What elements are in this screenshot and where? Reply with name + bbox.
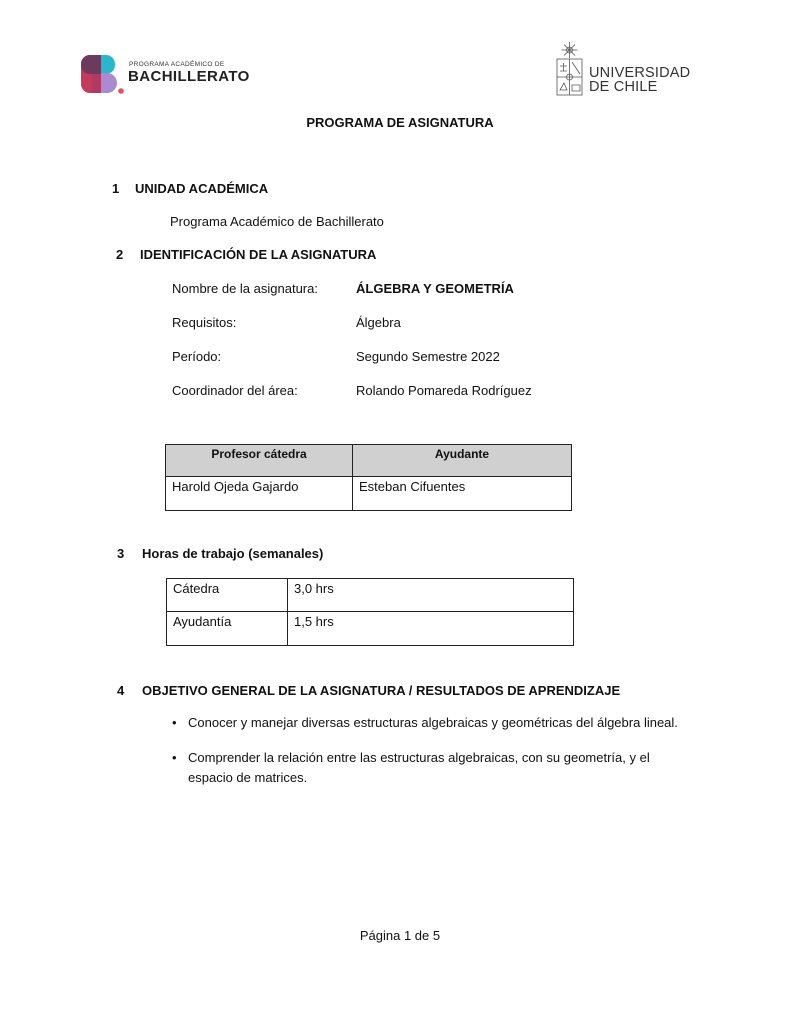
- section-4-number: 4: [117, 683, 124, 698]
- logo-title: BACHILLERATO: [128, 68, 250, 85]
- section-2-number: 2: [116, 247, 123, 262]
- section-4-title: OBJETIVO GENERAL DE LA ASIGNATURA / RESU…: [142, 683, 620, 698]
- table-row: Ayudantía 1,5 hrs: [167, 612, 574, 646]
- course-name-value: ÁLGEBRA Y GEOMETRÍA: [356, 281, 514, 296]
- bullet-icon: •: [172, 748, 177, 768]
- section-3-title: Horas de trabajo (semanales): [142, 546, 323, 561]
- hours-type: Ayudantía: [167, 612, 288, 646]
- course-name-label: Nombre de la asignatura:: [172, 281, 318, 296]
- hours-type: Cátedra: [167, 579, 288, 612]
- hours-value: 1,5 hrs: [288, 612, 574, 646]
- requirements-label: Requisitos:: [172, 315, 236, 330]
- bullet-icon: •: [172, 713, 177, 733]
- coordinator-value: Rolando Pomareda Rodríguez: [356, 383, 532, 398]
- university-name: UNIVERSIDAD DE CHILE: [589, 66, 690, 94]
- objective-text: Comprender la relación entre las estruct…: [188, 748, 678, 788]
- section-1-number: 1: [112, 181, 119, 196]
- document-title: PROGRAMA DE ASIGNATURA: [0, 115, 800, 130]
- university-name-line2: DE CHILE: [589, 80, 690, 94]
- staff-header-assistant: Ayudante: [353, 445, 572, 477]
- universidad-de-chile-logo: UNIVERSIDAD DE CHILE: [556, 42, 696, 98]
- table-row: Harold Ojeda Gajardo Esteban Cifuentes: [166, 477, 572, 511]
- table-row: Cátedra 3,0 hrs: [167, 579, 574, 612]
- assistant-name: Esteban Cifuentes: [353, 477, 572, 511]
- objective-text: Conocer y manejar diversas estructuras a…: [188, 713, 688, 733]
- university-crest-icon: [556, 42, 583, 96]
- section-1-title: UNIDAD ACADÉMICA: [135, 181, 268, 196]
- professor-name: Harold Ojeda Gajardo: [166, 477, 353, 511]
- hours-value: 3,0 hrs: [288, 579, 574, 612]
- bachillerato-b-icon: [80, 54, 124, 94]
- section-2-title: IDENTIFICACIÓN DE LA ASIGNATURA: [140, 247, 376, 262]
- coordinator-label: Coordinador del área:: [172, 383, 298, 398]
- university-name-line1: UNIVERSIDAD: [589, 66, 690, 80]
- logo-subtitle: PROGRAMA ACADÉMICO DE: [129, 61, 225, 68]
- period-value: Segundo Semestre 2022: [356, 349, 500, 364]
- hours-table: Cátedra 3,0 hrs Ayudantía 1,5 hrs: [166, 578, 574, 646]
- period-label: Período:: [172, 349, 221, 364]
- requirements-value: Álgebra: [356, 315, 401, 330]
- page-number: Página 1 de 5: [0, 928, 800, 943]
- section-3-number: 3: [117, 546, 124, 561]
- staff-header-professor: Profesor cátedra: [166, 445, 353, 477]
- academic-unit-name: Programa Académico de Bachillerato: [170, 214, 384, 229]
- staff-table: Profesor cátedra Ayudante Harold Ojeda G…: [165, 444, 572, 511]
- bachillerato-logo: PROGRAMA ACADÉMICO DE BACHILLERATO: [80, 54, 250, 96]
